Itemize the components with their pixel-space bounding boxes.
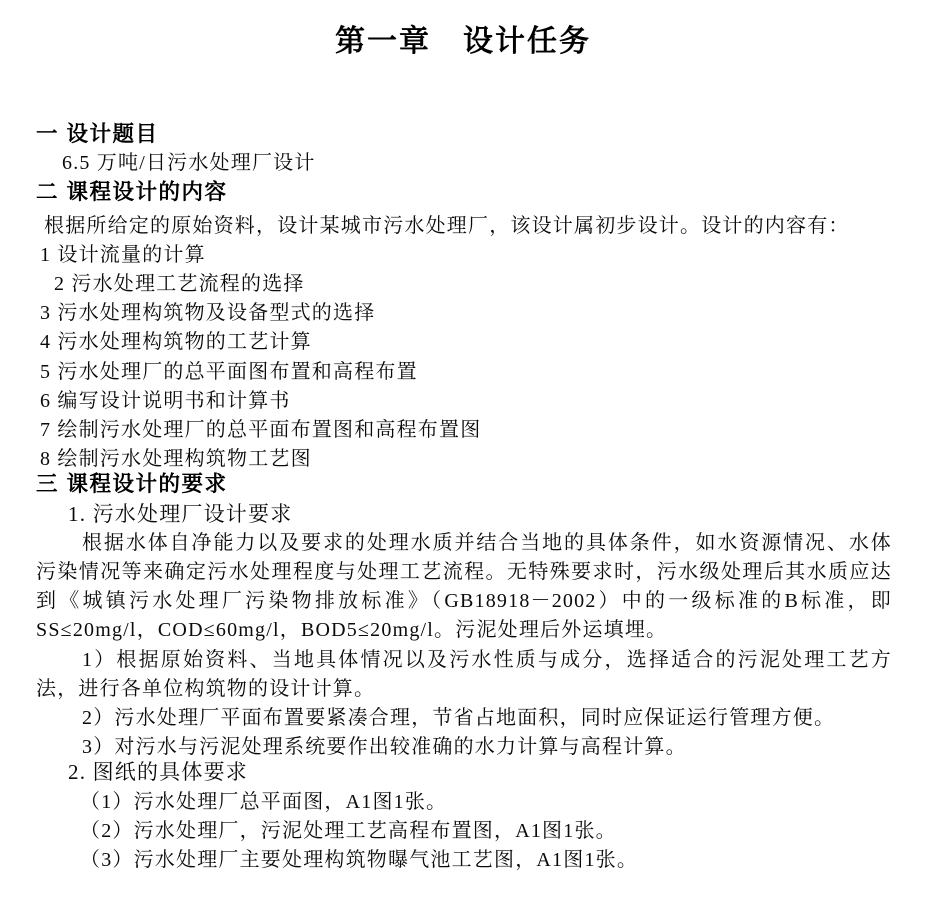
content-item-4: 4 污水处理构筑物的工艺计算 <box>36 328 892 357</box>
requirements-paragraph-line-4: SS≤20mg/l，COD≤60mg/l，BOD5≤20mg/l。污泥处理后外运… <box>36 616 892 645</box>
section-two-intro: 根据所给定的原始资料，设计某城市污水处理厂，该设计属初步设计。设计的内容有： <box>36 212 892 241</box>
content-item-5: 5 污水处理厂的总平面图布置和高程布置 <box>36 358 892 387</box>
content-item-2: 2 污水处理工艺流程的选择 <box>36 270 892 299</box>
content-item-1: 1 设计流量的计算 <box>36 241 892 270</box>
design-requirements-subheading: 1. 污水处理厂设计要求 <box>36 500 892 529</box>
drawings-subheading: 2. 图纸的具体要求 <box>36 758 892 787</box>
requirement-note-2: 2）污水处理厂平面布置要紧凑合理，节省占地面积，同时应保证运行管理方便。 <box>36 704 892 733</box>
requirement-note-1-line-1: 1）根据原始资料、当地具体情况以及污水性质与成分，选择适合的污泥处理工艺方 <box>36 646 892 675</box>
requirements-paragraph-line-2: 污染情况等来确定污水处理程度与处理工艺流程。无特殊要求时，污水级处理后其水质应达 <box>36 558 892 587</box>
drawing-spec-3: （3）污水处理厂主要处理构筑物曝气池工艺图，A1图1张。 <box>36 846 892 875</box>
drawing-spec-1: （1）污水处理厂总平面图，A1图1张。 <box>36 788 892 817</box>
content-item-6: 6 编写设计说明书和计算书 <box>36 387 892 416</box>
section-one-heading: 一 设计题目 <box>36 120 892 149</box>
document-page: 第一章 设计任务 一 设计题目 6.5 万吨/日污水处理厂设计 二 课程设计的内… <box>0 0 926 907</box>
design-topic: 6.5 万吨/日污水处理厂设计 <box>36 149 892 178</box>
requirements-paragraph-line-3: 到《城镇污水处理厂污染物排放标准》（GB18918－2002）中的一级标准的B标… <box>36 587 892 616</box>
chapter-title: 第一章 设计任务 <box>0 0 926 60</box>
drawing-spec-2: （2）污水处理厂，污泥处理工艺高程布置图，A1图1张。 <box>36 817 892 846</box>
section-three-heading: 三 课程设计的要求 <box>36 470 892 499</box>
content-item-3: 3 污水处理构筑物及设备型式的选择 <box>36 299 892 328</box>
requirements-paragraph-line-1: 根据水体自净能力以及要求的处理水质并结合当地的具体条件，如水资源情况、水体 <box>36 529 892 558</box>
requirement-note-1-line-2: 法，进行各单位构筑物的设计计算。 <box>36 675 892 704</box>
document-body: 一 设计题目 6.5 万吨/日污水处理厂设计 二 课程设计的内容 根据所给定的原… <box>36 120 892 875</box>
section-two-heading: 二 课程设计的内容 <box>36 178 892 207</box>
content-item-7: 7 绘制污水处理厂的总平面布置图和高程布置图 <box>36 416 892 445</box>
